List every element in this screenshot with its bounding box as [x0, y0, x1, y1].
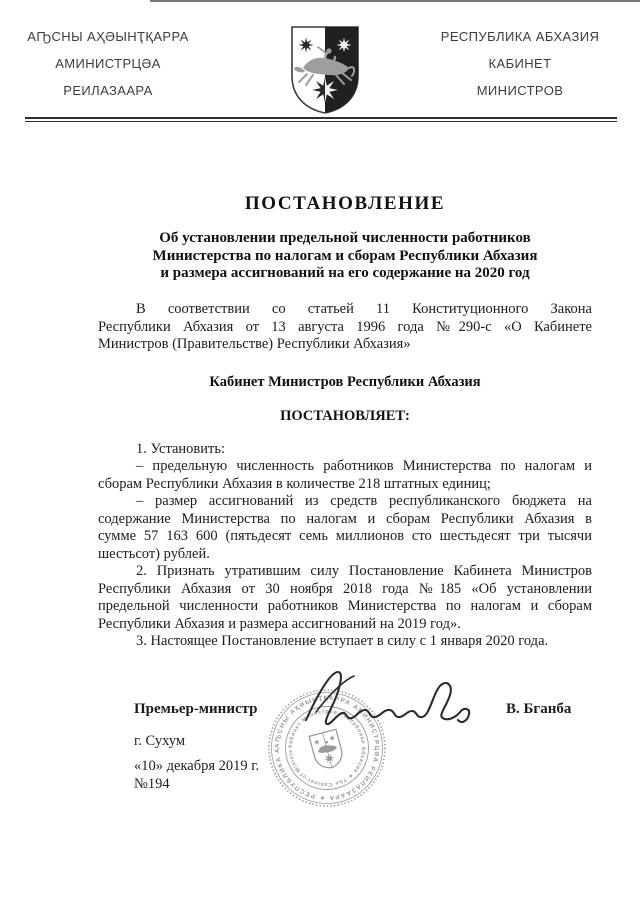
text-line: Республики Абхазия и размера ассигновани…	[98, 616, 592, 634]
header-line: КАБИНЕТ	[425, 57, 615, 71]
text-line: Министров (Правительстве) Республики Абх…	[98, 336, 592, 354]
header-right-russian: РЕСПУБЛИКА АБХАЗИЯКАБИНЕТМИНИСТРОВ	[425, 30, 615, 111]
handwritten-signature	[300, 668, 485, 733]
text-line: 3. Настоящее Постановление вступает в си…	[98, 633, 592, 651]
text-line: сумме 57 163 600 (пятьдесят семь миллион…	[98, 528, 592, 546]
signer-role-label: Премьер-министр	[134, 701, 258, 718]
header-line: РЕСПУБЛИКА АБХАЗИЯ	[425, 30, 615, 44]
footer-number: №194	[134, 776, 170, 793]
scan-artifact-line	[150, 0, 640, 2]
text-line: – предельную численность работников Мини…	[98, 458, 592, 476]
document-body: В соответствии со статьей 11 Конституцио…	[98, 301, 592, 651]
text-line: шестьсот) рублей.	[98, 546, 592, 564]
subtitle-line: Об установлении предельной численности р…	[98, 230, 592, 248]
text-line: – размер ассигнований из средств республ…	[98, 493, 592, 511]
body-centered-line: Кабинет Министров Республики Абхазия	[98, 374, 592, 392]
body-centered-line: ПОСТАНОВЛЯЕТ:	[98, 408, 592, 426]
body-paragraph: 3. Настоящее Постановление вступает в си…	[98, 633, 592, 651]
header-line: РЕИЛАЗААРА	[13, 84, 203, 98]
stamp-shield-icon	[309, 729, 345, 771]
body-paragraph: 1. Установить:	[98, 441, 592, 459]
text-line: 2. Признать утратившим силу Постановлени…	[98, 563, 592, 581]
text-line: Республики Абхазия от 30 ноября 2018 год…	[98, 581, 592, 599]
text-line: 1. Установить:	[98, 441, 592, 459]
subtitle-line: и размера ассигнований на его содержание…	[98, 265, 592, 283]
document-page: АҦСНЫ АҲӘЫНҬҚАРРААМИНИСТРЦӘАРЕИЛАЗААРА Р…	[0, 0, 640, 905]
footer-city: г. Сухум	[134, 733, 185, 750]
header-line: АМИНИСТРЦӘА	[13, 57, 203, 71]
text-line: сборам Республики Абхазия в количестве 2…	[98, 476, 592, 494]
text-line: В соответствии со статьей 11 Конституцио…	[98, 301, 592, 319]
signer-name: В. Бганба	[506, 701, 571, 718]
text-line: предельной численности работников Минист…	[98, 598, 592, 616]
body-paragraph: В соответствии со статьей 11 Конституцио…	[98, 301, 592, 354]
text-line: Республики Абхазия от 13 августа 1996 го…	[98, 319, 592, 337]
header-line: МИНИСТРОВ	[425, 84, 615, 98]
subtitle-line: Министерства по налогам и сборам Республ…	[98, 248, 592, 266]
body-paragraph: 2. Признать утратившим силу Постановлени…	[98, 563, 592, 633]
body-paragraph: – размер ассигнований из средств республ…	[98, 493, 592, 563]
document-subtitle: Об установлении предельной численности р…	[98, 230, 592, 283]
header-line: АҦСНЫ АҲӘЫНҬҚАРРА	[13, 30, 203, 44]
header-divider-rule	[25, 117, 617, 122]
body-paragraph: – предельную численность работников Мини…	[98, 458, 592, 493]
document-title: ПОСТАНОВЛЕНИЕ	[98, 193, 592, 215]
text-line: содержание Министерства по налогам и сбо…	[98, 511, 592, 529]
footer-date: «10» декабря 2019 г.	[134, 758, 259, 775]
header-left-abkhazian: АҦСНЫ АҲӘЫНҬҚАРРААМИНИСТРЦӘАРЕИЛАЗААРА	[13, 30, 203, 111]
abkhazia-coat-of-arms-icon	[289, 24, 361, 116]
